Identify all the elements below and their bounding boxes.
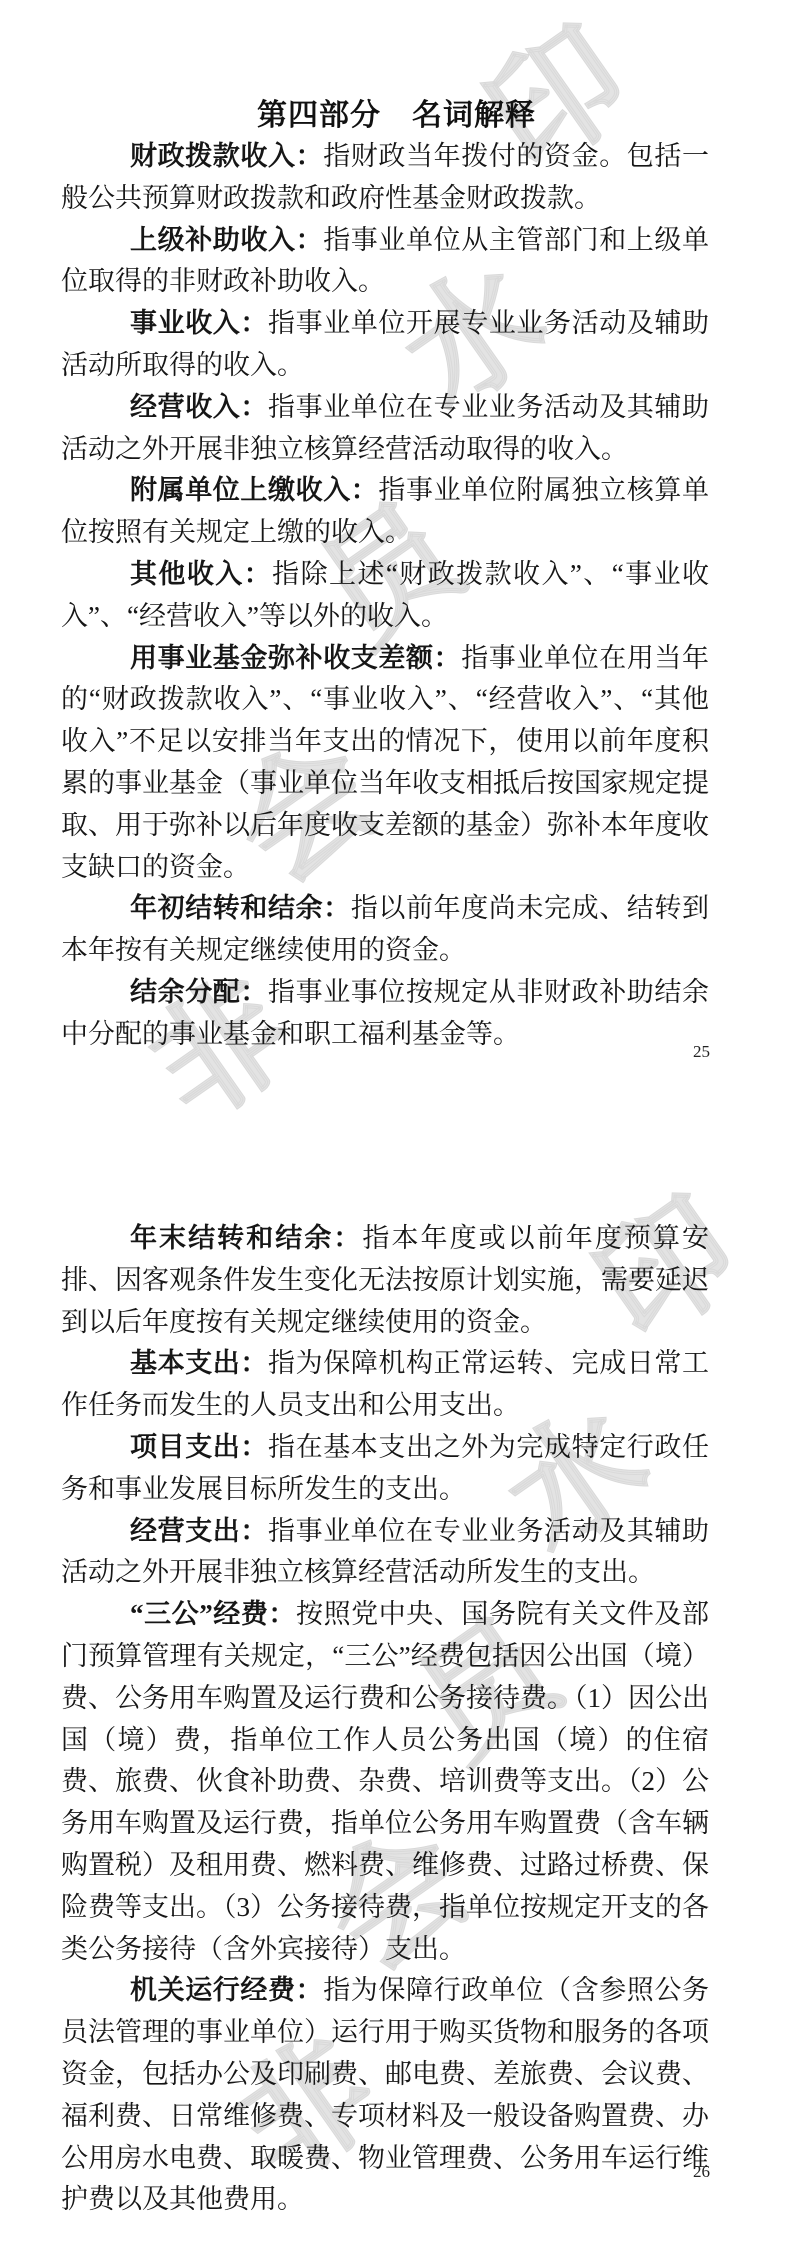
term-label: 其他收入： (130, 559, 272, 589)
definition-paragraph: 财政拨款收入：指财政当年拨付的资金。包括一般公共预算财政拨款和政府性基金财政拨款… (61, 136, 709, 220)
definition-paragraph: 基本支出：指为保障机构正常运转、完成日常工作任务而发生的人员支出和公用支出。 (61, 1343, 709, 1427)
page-2: 非会员水印 年末结转和结余：指本年度或以前年度预算安排、因客观条件发生变化无法按… (0, 1122, 793, 2244)
definition-paragraph: “三公”经费：按照党中央、国务院有关文件及部门预算管理有关规定，“三公”经费包括… (61, 1594, 709, 1970)
definition-paragraph: 经营支出：指事业单位在专业业务活动及其辅助活动之外开展非独立核算经营活动所发生的… (61, 1511, 709, 1595)
definition-text: 指为保障行政单位（含参照公务员法管理的事业单位）运行用于购买货物和服务的各项资金… (61, 1975, 709, 2214)
page-2-content: 年末结转和结余：指本年度或以前年度预算安排、因客观条件发生变化无法按原计划实施，… (61, 1218, 709, 2221)
term-label: 经营支出： (130, 1516, 268, 1546)
term-label: 项目支出： (130, 1432, 268, 1462)
definition-paragraph: 结余分配：指事业事位按规定从非财政补助结余中分配的事业基金和职工福利基金等。 (61, 972, 709, 1056)
term-label: 经营收入： (130, 392, 268, 422)
term-label: 年初结转和结余： (130, 893, 351, 923)
definition-text: 指事业单位在用当年的“财政拨款收入”、“事业收入”、“经营收入”、“其他收入”不… (61, 643, 709, 882)
page-1: 非会员水印 第四部分 名词解释 财政拨款收入：指财政当年拨付的资金。包括一般公共… (0, 0, 793, 1122)
definition-text: 按照党中央、国务院有关文件及部门预算管理有关规定，“三公”经费包括因公出国（境）… (61, 1599, 709, 1963)
document-title: 第四部分 名词解释 (0, 97, 793, 135)
definition-paragraph: 年末结转和结余：指本年度或以前年度预算安排、因客观条件发生变化无法按原计划实施，… (61, 1218, 709, 1343)
term-label: 事业收入： (130, 308, 268, 338)
definition-paragraph: 上级补助收入：指事业单位从主管部门和上级单位取得的非财政补助收入。 (61, 220, 709, 304)
term-label: 财政拨款收入： (130, 141, 323, 171)
definition-paragraph: 附属单位上缴收入：指事业单位附属独立核算单位按照有关规定上缴的收入。 (61, 470, 709, 554)
page-1-content: 财政拨款收入：指财政当年拨付的资金。包括一般公共预算财政拨款和政府性基金财政拨款… (61, 136, 709, 1056)
definition-paragraph: 年初结转和结余：指以前年度尚未完成、结转到本年按有关规定继续使用的资金。 (61, 888, 709, 972)
definition-paragraph: 用事业基金弥补收支差额：指事业单位在用当年的“财政拨款收入”、“事业收入”、“经… (61, 638, 709, 889)
definition-paragraph: 项目支出：指在基本支出之外为完成特定行政任务和事业发展目标所发生的支出。 (61, 1427, 709, 1511)
term-label: 附属单位上缴收入： (130, 475, 378, 505)
term-label: 结余分配： (130, 977, 268, 1007)
term-label: “三公”经费： (130, 1599, 296, 1629)
page-number: 26 (650, 2163, 710, 2180)
definition-paragraph: 机关运行经费：指为保障行政单位（含参照公务员法管理的事业单位）运行用于购买货物和… (61, 1970, 709, 2221)
definition-paragraph: 事业收入：指事业单位开展专业业务活动及辅助活动所取得的收入。 (61, 303, 709, 387)
term-label: 年末结转和结余： (130, 1223, 362, 1253)
page-number: 25 (650, 1043, 710, 1060)
definition-paragraph: 其他收入：指除上述“财政拨款收入”、“事业收入”、“经营收入”等以外的收入。 (61, 554, 709, 638)
definition-paragraph: 经营收入：指事业单位在专业业务活动及其辅助活动之外开展非独立核算经营活动取得的收… (61, 387, 709, 471)
term-label: 用事业基金弥补收支差额： (130, 643, 461, 673)
document-canvas: { "document": { "title": "第四部分 名词解释", "w… (0, 0, 793, 2244)
term-label: 机关运行经费： (130, 1975, 323, 2005)
term-label: 上级补助收入： (130, 225, 323, 255)
term-label: 基本支出： (130, 1348, 268, 1378)
